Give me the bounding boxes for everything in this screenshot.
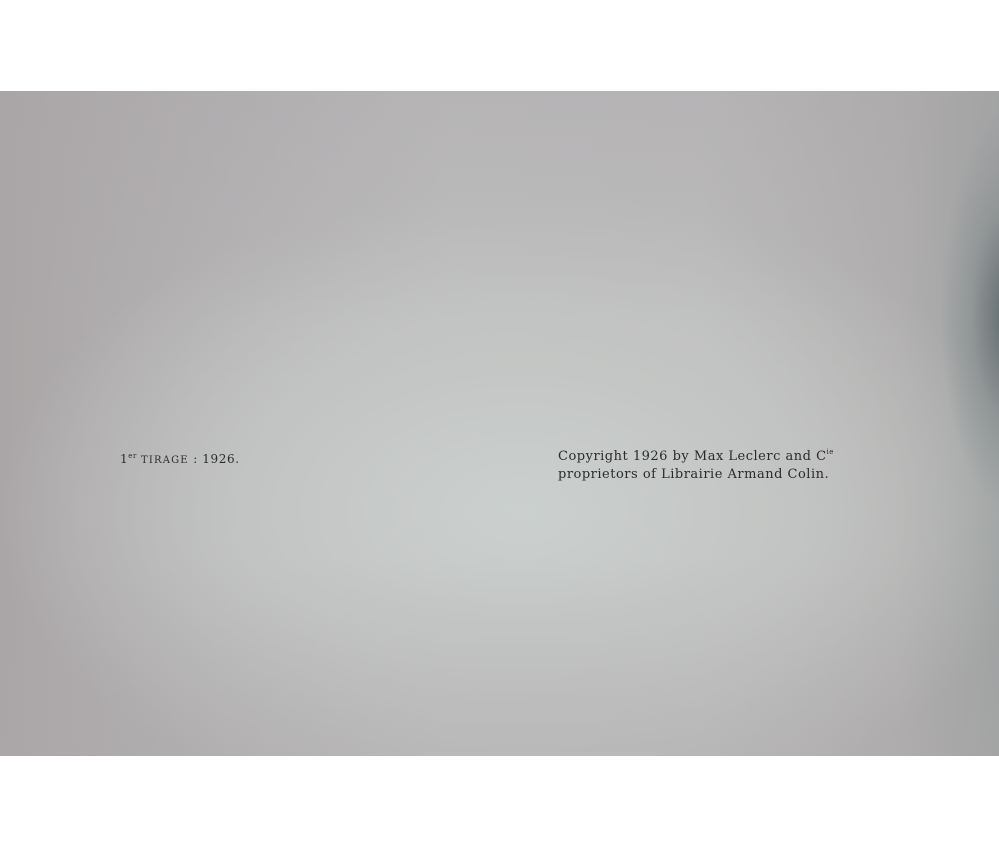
printing-note: 1erTIRAGE : 1926. — [120, 452, 240, 466]
printing-ordinal: 1 — [120, 452, 128, 466]
bleedthrough-text — [290, 376, 710, 396]
copyright-line-2: proprietors of Librairie Armand Colin. — [558, 466, 834, 484]
copyright-company-superscript: ie — [827, 448, 834, 456]
copyright-line-1: Copyright 1926 by Max Leclerc and Cie — [558, 443, 834, 466]
copyright-line-1-text: Copyright 1926 by Max Leclerc and C — [558, 449, 827, 464]
printing-ordinal-suffix: er — [128, 452, 137, 460]
copyright-notice: Copyright 1926 by Max Leclerc and Cie pr… — [558, 443, 834, 484]
page-photo — [0, 91, 999, 756]
printing-separator: : — [189, 452, 202, 466]
printing-year: 1926. — [202, 452, 239, 466]
printing-label: TIRAGE — [141, 455, 189, 466]
